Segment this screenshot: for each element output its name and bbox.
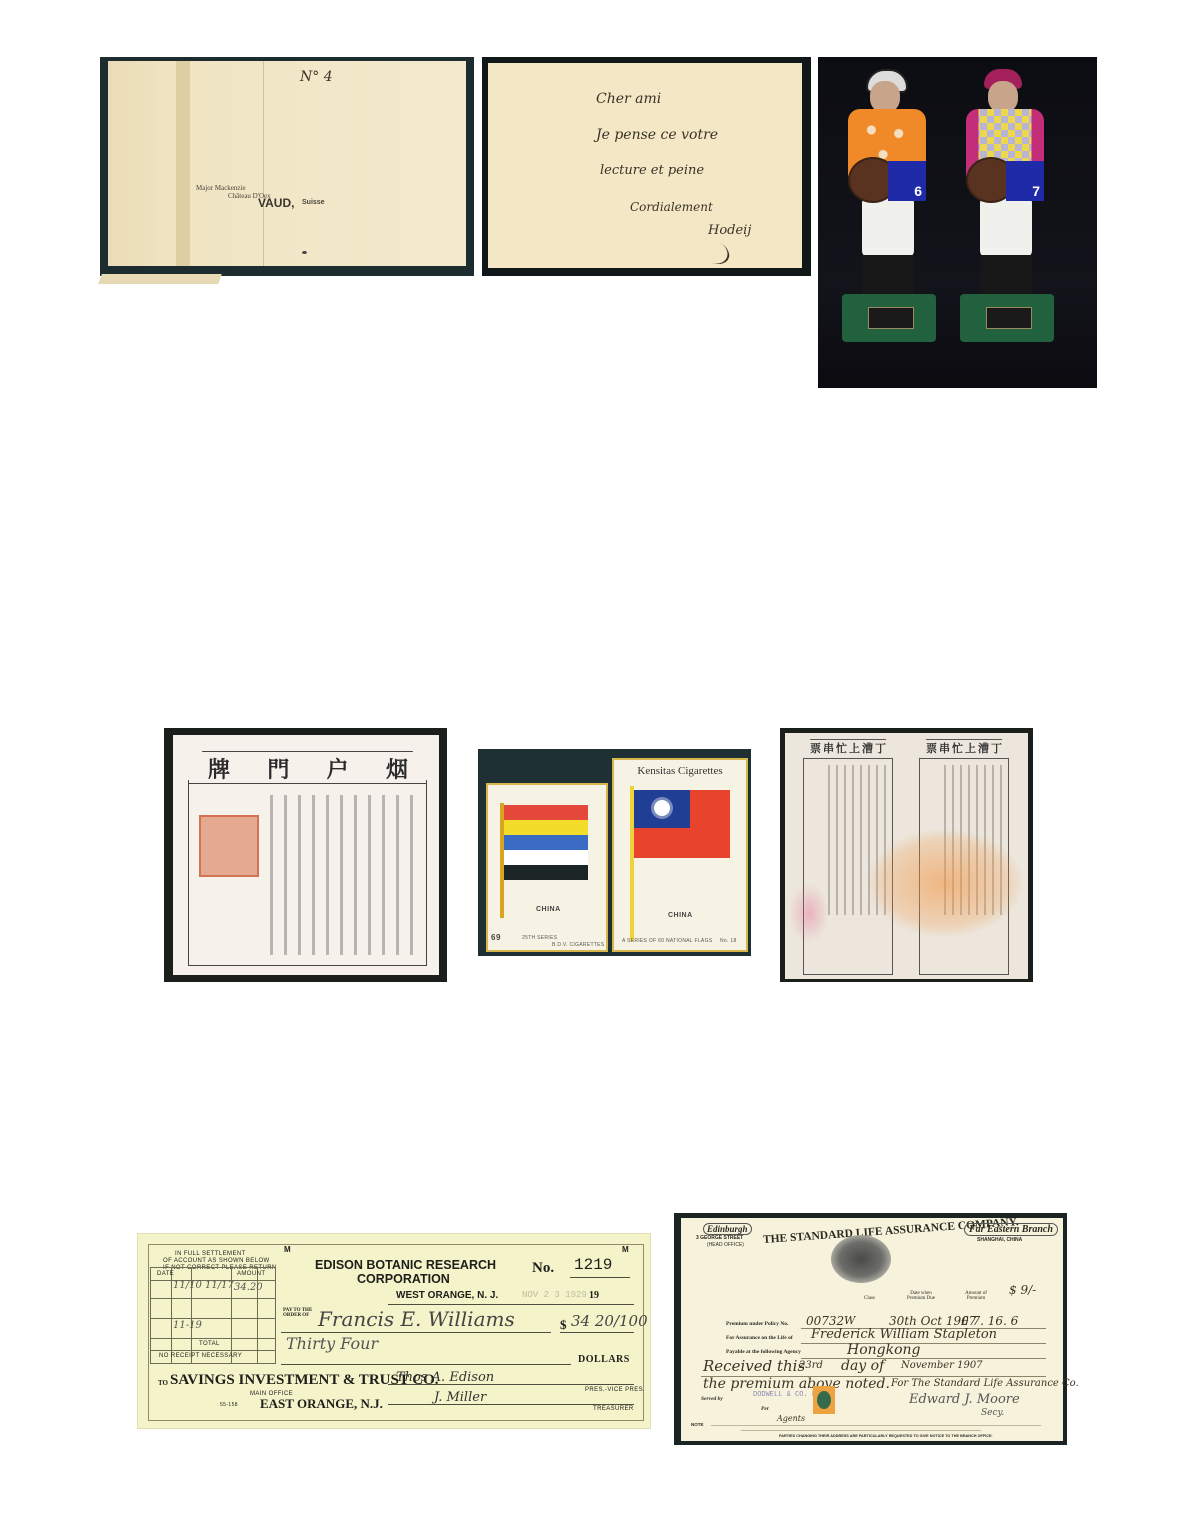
silk-card-roc-flag: Kensitas Cigarettes CHINA A SERIES OF 60… (612, 758, 748, 952)
standard-life-receipt-image: Edinburgh 3 GEORGE STREET (HEAD OFFICE) … (674, 1213, 1067, 1445)
license-text-columns (263, 795, 421, 955)
handwritten-number: N° 4 (300, 69, 333, 85)
check-amount-words: Thirty Four (286, 1334, 378, 1353)
currency-note: $ 9/- (1009, 1283, 1036, 1297)
card-paper: Cher ami Je pense ce votre lecture et pe… (488, 63, 802, 268)
opium-license-image: 牌 門 户 烟 (164, 728, 447, 982)
saddlecloth-number: 6 (888, 161, 926, 201)
card-line-3: lecture et peine (600, 163, 704, 178)
branch-name: Far Eastern Branch (964, 1223, 1058, 1236)
license-paper: 牌 門 户 烟 (173, 735, 439, 975)
saddlecloth-number: 7 (1006, 161, 1044, 201)
slips-paper: 票 串 忙 上 漕 丁 票 串 忙 上 漕 丁 (785, 733, 1028, 979)
check-company: EDISON BOTANIC RESEARCH (315, 1258, 496, 1272)
receipt-paper: Edinburgh 3 GEORGE STREET (HEAD OFFICE) … (681, 1218, 1063, 1441)
agency-name: Hongkong (847, 1342, 921, 1358)
silk-brand: Kensitas Cigarettes (614, 765, 746, 777)
white-sun-icon (654, 800, 670, 816)
address-country: Suisse (302, 199, 325, 206)
silk-series-footer: A SERIES OF 60 NATIONAL FLAGS (622, 938, 712, 944)
jockey-figurine-6: 6 (848, 69, 928, 349)
check-amount: 34 20/100 (571, 1312, 648, 1330)
card-signature: Hodeij (708, 223, 751, 238)
signature-treasurer: J. Miller (434, 1390, 486, 1405)
silk-maker: B.D.V. CIGARETTES (552, 942, 604, 948)
coat-of-arms-icon (831, 1235, 891, 1283)
check-city: WEST ORANGE, N. J. (396, 1290, 498, 1301)
silk-caption: CHINA (668, 912, 693, 919)
bank-city: EAST ORANGE, N.J. (260, 1396, 383, 1412)
letter-cover-paper: N° 4 Major Mackenzie Château D'Oex VAUD,… (108, 61, 466, 266)
address-name: Major Mackenzie (196, 184, 246, 192)
jockey-figurines-image: 6 7 (818, 57, 1097, 388)
card-line-2: Je pense ce votre (596, 127, 718, 143)
tax-slips-image: 票 串 忙 上 漕 丁 票 串 忙 上 漕 丁 (780, 728, 1033, 982)
check-payee: Francis E. Williams (318, 1307, 515, 1331)
card-line-1: Cher ami (596, 91, 661, 107)
settlement-ledger: DATE AMOUNT 11/10 11/17 34.20 11-19 TOTA… (150, 1267, 276, 1364)
receipt-footer: PARTIES CHANGING THEIR ADDRESS ARE PARTI… (779, 1434, 993, 1438)
policy-number: 00732 (806, 1314, 844, 1328)
silk-series: 25TH SERIES (522, 935, 557, 941)
silk-card-five-color-flag: CHINA 69 25TH SERIES B.D.V. CIGARETTES (486, 783, 608, 952)
revenue-stamp (813, 1386, 835, 1414)
assured-name: Frederick William Stapleton (811, 1327, 997, 1342)
pink-stamp (789, 883, 829, 943)
card-line-4: Cordialement (630, 200, 713, 214)
signature-edison: Thos A. Edison (396, 1370, 494, 1385)
received-day: 23rd (799, 1360, 823, 1371)
check-number: 1219 (574, 1256, 612, 1274)
jockey-figurine-7: 7 (966, 69, 1046, 349)
silk-caption: CHINA (536, 906, 561, 913)
premium-amount: £ 7. 16. 6 (961, 1314, 1018, 1328)
handwritten-card-image: Cher ami Je pense ce votre lecture et pe… (482, 57, 811, 276)
silk-number: 69 (491, 933, 501, 942)
red-seal (199, 815, 259, 877)
letter-cover-image: N° 4 Major Mackenzie Château D'Oex VAUD,… (100, 57, 474, 276)
orange-seal-stamp (865, 828, 1025, 938)
silk-card-number: No. 18 (720, 938, 737, 944)
address-canton: VAUD, (258, 196, 294, 210)
date-stamp: NOV 2 3 1929 (522, 1290, 587, 1300)
flag-silks-image: CHINA 69 25TH SERIES B.D.V. CIGARETTES K… (478, 749, 751, 956)
edison-check-image: IN FULL SETTLEMENT OF ACCOUNT AS SHOWN B… (137, 1233, 651, 1429)
received-month-year: November 1907 (901, 1360, 983, 1371)
signatory: Edward J. Moore (909, 1392, 1020, 1407)
